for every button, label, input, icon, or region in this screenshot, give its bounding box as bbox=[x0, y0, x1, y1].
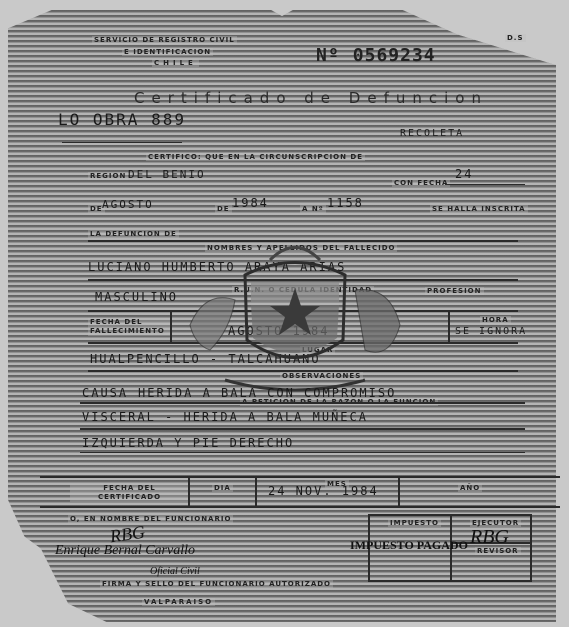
rule-7 bbox=[80, 428, 525, 430]
issue-label: Fecha del certificado bbox=[70, 484, 189, 502]
cell-divider-4 bbox=[255, 476, 257, 506]
entry-value: 1158 bbox=[327, 196, 364, 210]
serial-label: Nº bbox=[316, 45, 340, 66]
entry-prefix: a Nº bbox=[300, 205, 326, 213]
issuer-line-3: Chile bbox=[152, 59, 199, 67]
cell-divider-2 bbox=[448, 310, 450, 342]
rule-8 bbox=[80, 452, 525, 453]
serial-number: Nº 0569234 bbox=[316, 45, 436, 66]
cause-label: Causa bbox=[82, 386, 128, 400]
issue-date-value: 24 NOV. 1984 bbox=[268, 484, 379, 498]
tax-paid-stamp: IMPUESTO PAGADO bbox=[350, 538, 468, 553]
issuer-line-2: e Identificacion bbox=[122, 48, 213, 56]
tax-label: Impuesto bbox=[388, 519, 441, 527]
date-label: con fecha bbox=[392, 179, 450, 187]
corner-code: D.S bbox=[505, 34, 526, 42]
executor-initials: RBG bbox=[470, 526, 509, 549]
checked-by-label: O, en nombre del funcionario bbox=[68, 515, 233, 523]
rule-6 bbox=[80, 402, 525, 404]
cell-divider-3 bbox=[188, 476, 190, 506]
rule-10 bbox=[40, 506, 560, 508]
region-label: Region bbox=[88, 172, 128, 180]
document-title: Certificado de Defuncion bbox=[134, 89, 488, 107]
issuer-line-1: Servicio de Registro Civil bbox=[92, 36, 237, 44]
registered-label: se halla inscrita bbox=[430, 205, 528, 213]
day-value: 24 bbox=[455, 167, 473, 181]
time-value: Se ignora bbox=[455, 326, 527, 337]
month-value: Agosto bbox=[102, 198, 154, 211]
certifies-label: Certifico: que en la Circunscripcion de bbox=[146, 153, 365, 161]
cell-divider-5 bbox=[398, 476, 400, 506]
cause-line-2: Visceral - Herida a bala muñeca bbox=[82, 410, 368, 424]
cause-line-3: Izquierda y pie derecho bbox=[82, 436, 294, 450]
handwritten-note: lo OBRA 889 bbox=[58, 110, 186, 129]
rule-9 bbox=[40, 476, 560, 478]
year-prefix: de bbox=[215, 205, 232, 213]
office-label: Valparaiso bbox=[142, 598, 215, 606]
day-underline bbox=[445, 184, 525, 185]
issue-day-label: Dia bbox=[212, 484, 233, 492]
observations-label: Observaciones bbox=[280, 372, 363, 380]
signature-caption: Firma y sello del funcionario autorizado bbox=[100, 580, 333, 588]
coat-of-arms-icon bbox=[175, 230, 415, 395]
issue-year-label: Año bbox=[458, 484, 482, 492]
deceased-label: La defuncion de bbox=[88, 230, 179, 238]
time-label: Hora bbox=[480, 316, 511, 324]
occupation-label: Profesion bbox=[425, 287, 484, 295]
cell-divider-1 bbox=[170, 310, 172, 342]
death-date-label: Fecha del fallecimiento bbox=[88, 318, 172, 336]
circumscription-value: Recoleta bbox=[400, 128, 464, 139]
signature-subtitle: Oficial Civil bbox=[150, 566, 200, 577]
note-underline bbox=[62, 142, 182, 143]
signature-name: Enrique Bernal Carvallo bbox=[55, 543, 195, 559]
serial-value: 0569234 bbox=[353, 45, 436, 66]
year-value: 1984 bbox=[232, 196, 269, 210]
sex-value: Masculino bbox=[95, 290, 178, 304]
region-value: del Benio bbox=[128, 168, 206, 181]
